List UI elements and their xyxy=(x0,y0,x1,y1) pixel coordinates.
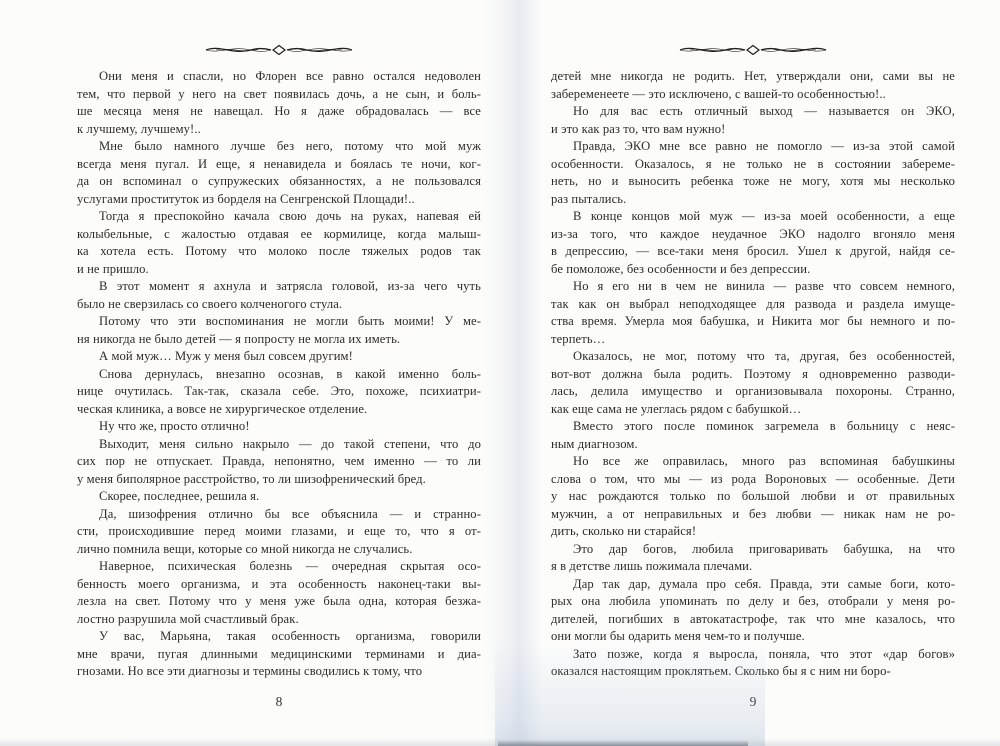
text-line: они могли бы одарить меня чем-то и получ… xyxy=(551,628,955,646)
text-line: колыбельные, с жалостью отдавая ее корми… xyxy=(77,226,481,244)
text-line: Выходит, меня сильно накрыло — до такой … xyxy=(77,436,481,454)
text-line: Наверное, психическая болезнь — очередна… xyxy=(77,558,481,576)
text-line: ня никогда не было детей — я попросту не… xyxy=(77,331,481,349)
page-bottom-edge xyxy=(0,738,1000,746)
text-line: и не пришло. xyxy=(77,261,481,279)
text-line: так как он выбрал неподходящее для разво… xyxy=(551,296,955,314)
text-line: слова о том, что мы — из рода Вороновых … xyxy=(551,471,955,489)
paragraph: В этот момент я ахнула и затрясла голово… xyxy=(77,278,481,313)
paragraph: Выходит, меня сильно накрыло — до такой … xyxy=(77,436,481,489)
text-line: Скорее, последнее, решила я. xyxy=(77,488,481,506)
text-line: ческая клиника, а вовсе не хирургическое… xyxy=(77,401,481,419)
text-line: рых она любила упоминать по делу и без, … xyxy=(551,593,955,611)
paragraph: Ну что же, просто отлично! xyxy=(77,418,481,436)
text-line: ше месяца меня не навещал. Но я даже обр… xyxy=(77,103,481,121)
text-line: особенности. Оказалось, я не только не в… xyxy=(551,156,955,174)
text-line: да он вспоминал о супружеских обязанност… xyxy=(77,173,481,191)
text-line: у нас рождаются только по большой любви … xyxy=(551,488,955,506)
text-line: Но все же оправилась, много раз вспомина… xyxy=(551,453,955,471)
text-line: терпеть… xyxy=(551,331,955,349)
text-line: вот-вот должна была родить. Поэтому я од… xyxy=(551,366,955,384)
text-line: неть, но и выносить ребенка тоже не могу… xyxy=(551,173,955,191)
text-line: забеременеете — это исключено, с вашей-т… xyxy=(551,86,955,104)
text-line: лась, делила имущество и организовывала … xyxy=(551,383,955,401)
page-number: 9 xyxy=(551,694,955,710)
text-line: Они меня и спасли, но Флорен все равно о… xyxy=(77,68,481,86)
text-line: Вместо этого после поминок загремела в б… xyxy=(551,418,955,436)
text-line: В конце концов мой муж — из-за моей особ… xyxy=(551,208,955,226)
text-line: Мне было намного лучше без него, потому … xyxy=(77,138,481,156)
text-line: всегда меня пугал. И еще, я ненавидела и… xyxy=(77,156,481,174)
paragraph: Скорее, последнее, решила я. xyxy=(77,488,481,506)
paragraph: Наверное, психическая болезнь — очередна… xyxy=(77,558,481,628)
text-line: оказался настоящим проклятьем. Сколько б… xyxy=(551,663,955,681)
text-line: Но для вас есть отличный выход — называе… xyxy=(551,103,955,121)
text-line: Ну что же, просто отлично! xyxy=(77,418,481,436)
text-line: Дар так дар, думала про себя. Правда, эт… xyxy=(551,576,955,594)
paragraph: Вместо этого после поминок загремела в б… xyxy=(551,418,955,453)
page-number: 8 xyxy=(77,694,481,710)
text-line: услугами проституток из борделя на Сенгр… xyxy=(77,191,481,209)
paragraph: Зато позже, когда я выросла, поняла, что… xyxy=(551,646,955,681)
text-line: из-за того, что каждое неудачное ЭКО над… xyxy=(551,226,955,244)
text-line: гнозами. Но все эти диагнозы и термины с… xyxy=(77,663,481,681)
text-line: сих пор не отпускает. Правда, непонятно,… xyxy=(77,453,481,471)
text-line: лично помнила вещи, которые со мной нико… xyxy=(77,541,481,559)
text-line: детей мне никогда не родить. Нет, утверж… xyxy=(551,68,955,86)
text-line: мне врачи, пугая длинными медицинскими т… xyxy=(77,646,481,664)
paragraph: Но все же оправилась, много раз вспомина… xyxy=(551,453,955,541)
text-line: мужчин, а от неправильных и без любви — … xyxy=(551,506,955,524)
paragraph: Но для вас есть отличный выход — называе… xyxy=(551,103,955,138)
text-line: дить, сколько ни старайся! xyxy=(551,523,955,541)
paragraph: Снова дернулась, внезапно осознав, в как… xyxy=(77,366,481,419)
text-line: Снова дернулась, внезапно осознав, в как… xyxy=(77,366,481,384)
paragraph: Это дар богов, любила приговаривать бабу… xyxy=(551,541,955,576)
page-text: детей мне никогда не родить. Нет, утверж… xyxy=(551,68,955,681)
text-line: тем, что первой у него на свет появилась… xyxy=(77,86,481,104)
text-line: раз пытались. xyxy=(551,191,955,209)
text-line: Зато позже, когда я выросла, поняла, что… xyxy=(551,646,955,664)
text-line: и это как раз то, что вам нужно! xyxy=(551,121,955,139)
flourish-divider-icon xyxy=(203,42,355,63)
page-bottom-edge-shadow xyxy=(498,740,748,746)
paragraph: Правда, ЭКО мне все равно не помогло — и… xyxy=(551,138,955,208)
text-line: сти, происходившие перед моими глазами, … xyxy=(77,523,481,541)
text-line: У вас, Марьяна, такая особенность органи… xyxy=(77,628,481,646)
text-line: лостно разрушила мой счастливый брак. xyxy=(77,611,481,629)
paragraph: Потому что эти воспоминания не могли быт… xyxy=(77,313,481,348)
paragraph: Да, шизофрения отлично бы все объяснила … xyxy=(77,506,481,559)
text-line: бе помоложе, без особенности и без депре… xyxy=(551,261,955,279)
page-text: Они меня и спасли, но Флорен все равно о… xyxy=(77,68,481,681)
book-gutter-shadow xyxy=(484,0,542,746)
paragraph: Они меня и спасли, но Флорен все равно о… xyxy=(77,68,481,138)
text-line: лезла на свет. Потому что у меня уже был… xyxy=(77,593,481,611)
text-line: В этот момент я ахнула и затрясла голово… xyxy=(77,278,481,296)
text-line: А мой муж… Муж у меня был совсем другим! xyxy=(77,348,481,366)
paragraph: А мой муж… Муж у меня был совсем другим! xyxy=(77,348,481,366)
paragraph: Мне было намного лучше без него, потому … xyxy=(77,138,481,208)
text-line: нице очутилась. Так-так, сказала себе. Э… xyxy=(77,383,481,401)
text-line: ка хотела есть. Потому что молоко после … xyxy=(77,243,481,261)
text-line: Это дар богов, любила приговаривать бабу… xyxy=(551,541,955,559)
paragraph: Оказалось, не мог, потому что та, другая… xyxy=(551,348,955,418)
text-line: дителей, погибших в автокатастрофе, так … xyxy=(551,611,955,629)
paragraph: детей мне никогда не родить. Нет, утверж… xyxy=(551,68,955,103)
flourish-divider-icon xyxy=(677,42,829,63)
text-line: было не сверзилась со своего колченогого… xyxy=(77,296,481,314)
paragraph: У вас, Марьяна, такая особенность органи… xyxy=(77,628,481,681)
text-line: Да, шизофрения отлично бы все объяснила … xyxy=(77,506,481,524)
text-line: у меня биполярное расстройство, то ли ши… xyxy=(77,471,481,489)
text-line: как еще сама не улеглась рядом с бабушко… xyxy=(551,401,955,419)
book-spread-photo: { "colors": { "ink": "#2e2b28", "paper":… xyxy=(0,0,1000,746)
text-line: в депрессию, — все-таки меня бросил. Уше… xyxy=(551,243,955,261)
paragraph: Дар так дар, думала про себя. Правда, эт… xyxy=(551,576,955,646)
text-line: Но я его ни в чем не винила — разве что … xyxy=(551,278,955,296)
text-line: ства время. Умерла моя бабушка, и Никита… xyxy=(551,313,955,331)
paragraph: Но я его ни в чем не винила — разве что … xyxy=(551,278,955,348)
paragraph: В конце концов мой муж — из-за моей особ… xyxy=(551,208,955,278)
text-line: Потому что эти воспоминания не могли быт… xyxy=(77,313,481,331)
text-line: Тогда я преспокойно качала свою дочь на … xyxy=(77,208,481,226)
paragraph: Тогда я преспокойно качала свою дочь на … xyxy=(77,208,481,278)
text-line: Оказалось, не мог, потому что та, другая… xyxy=(551,348,955,366)
text-line: ным диагнозом. xyxy=(551,436,955,454)
text-line: бенность моего организма, и эта особенно… xyxy=(77,576,481,594)
text-line: я в детстве лишь пожимала плечами. xyxy=(551,558,955,576)
text-line: к лучшему, лучшему!.. xyxy=(77,121,481,139)
text-line: Правда, ЭКО мне все равно не помогло — и… xyxy=(551,138,955,156)
